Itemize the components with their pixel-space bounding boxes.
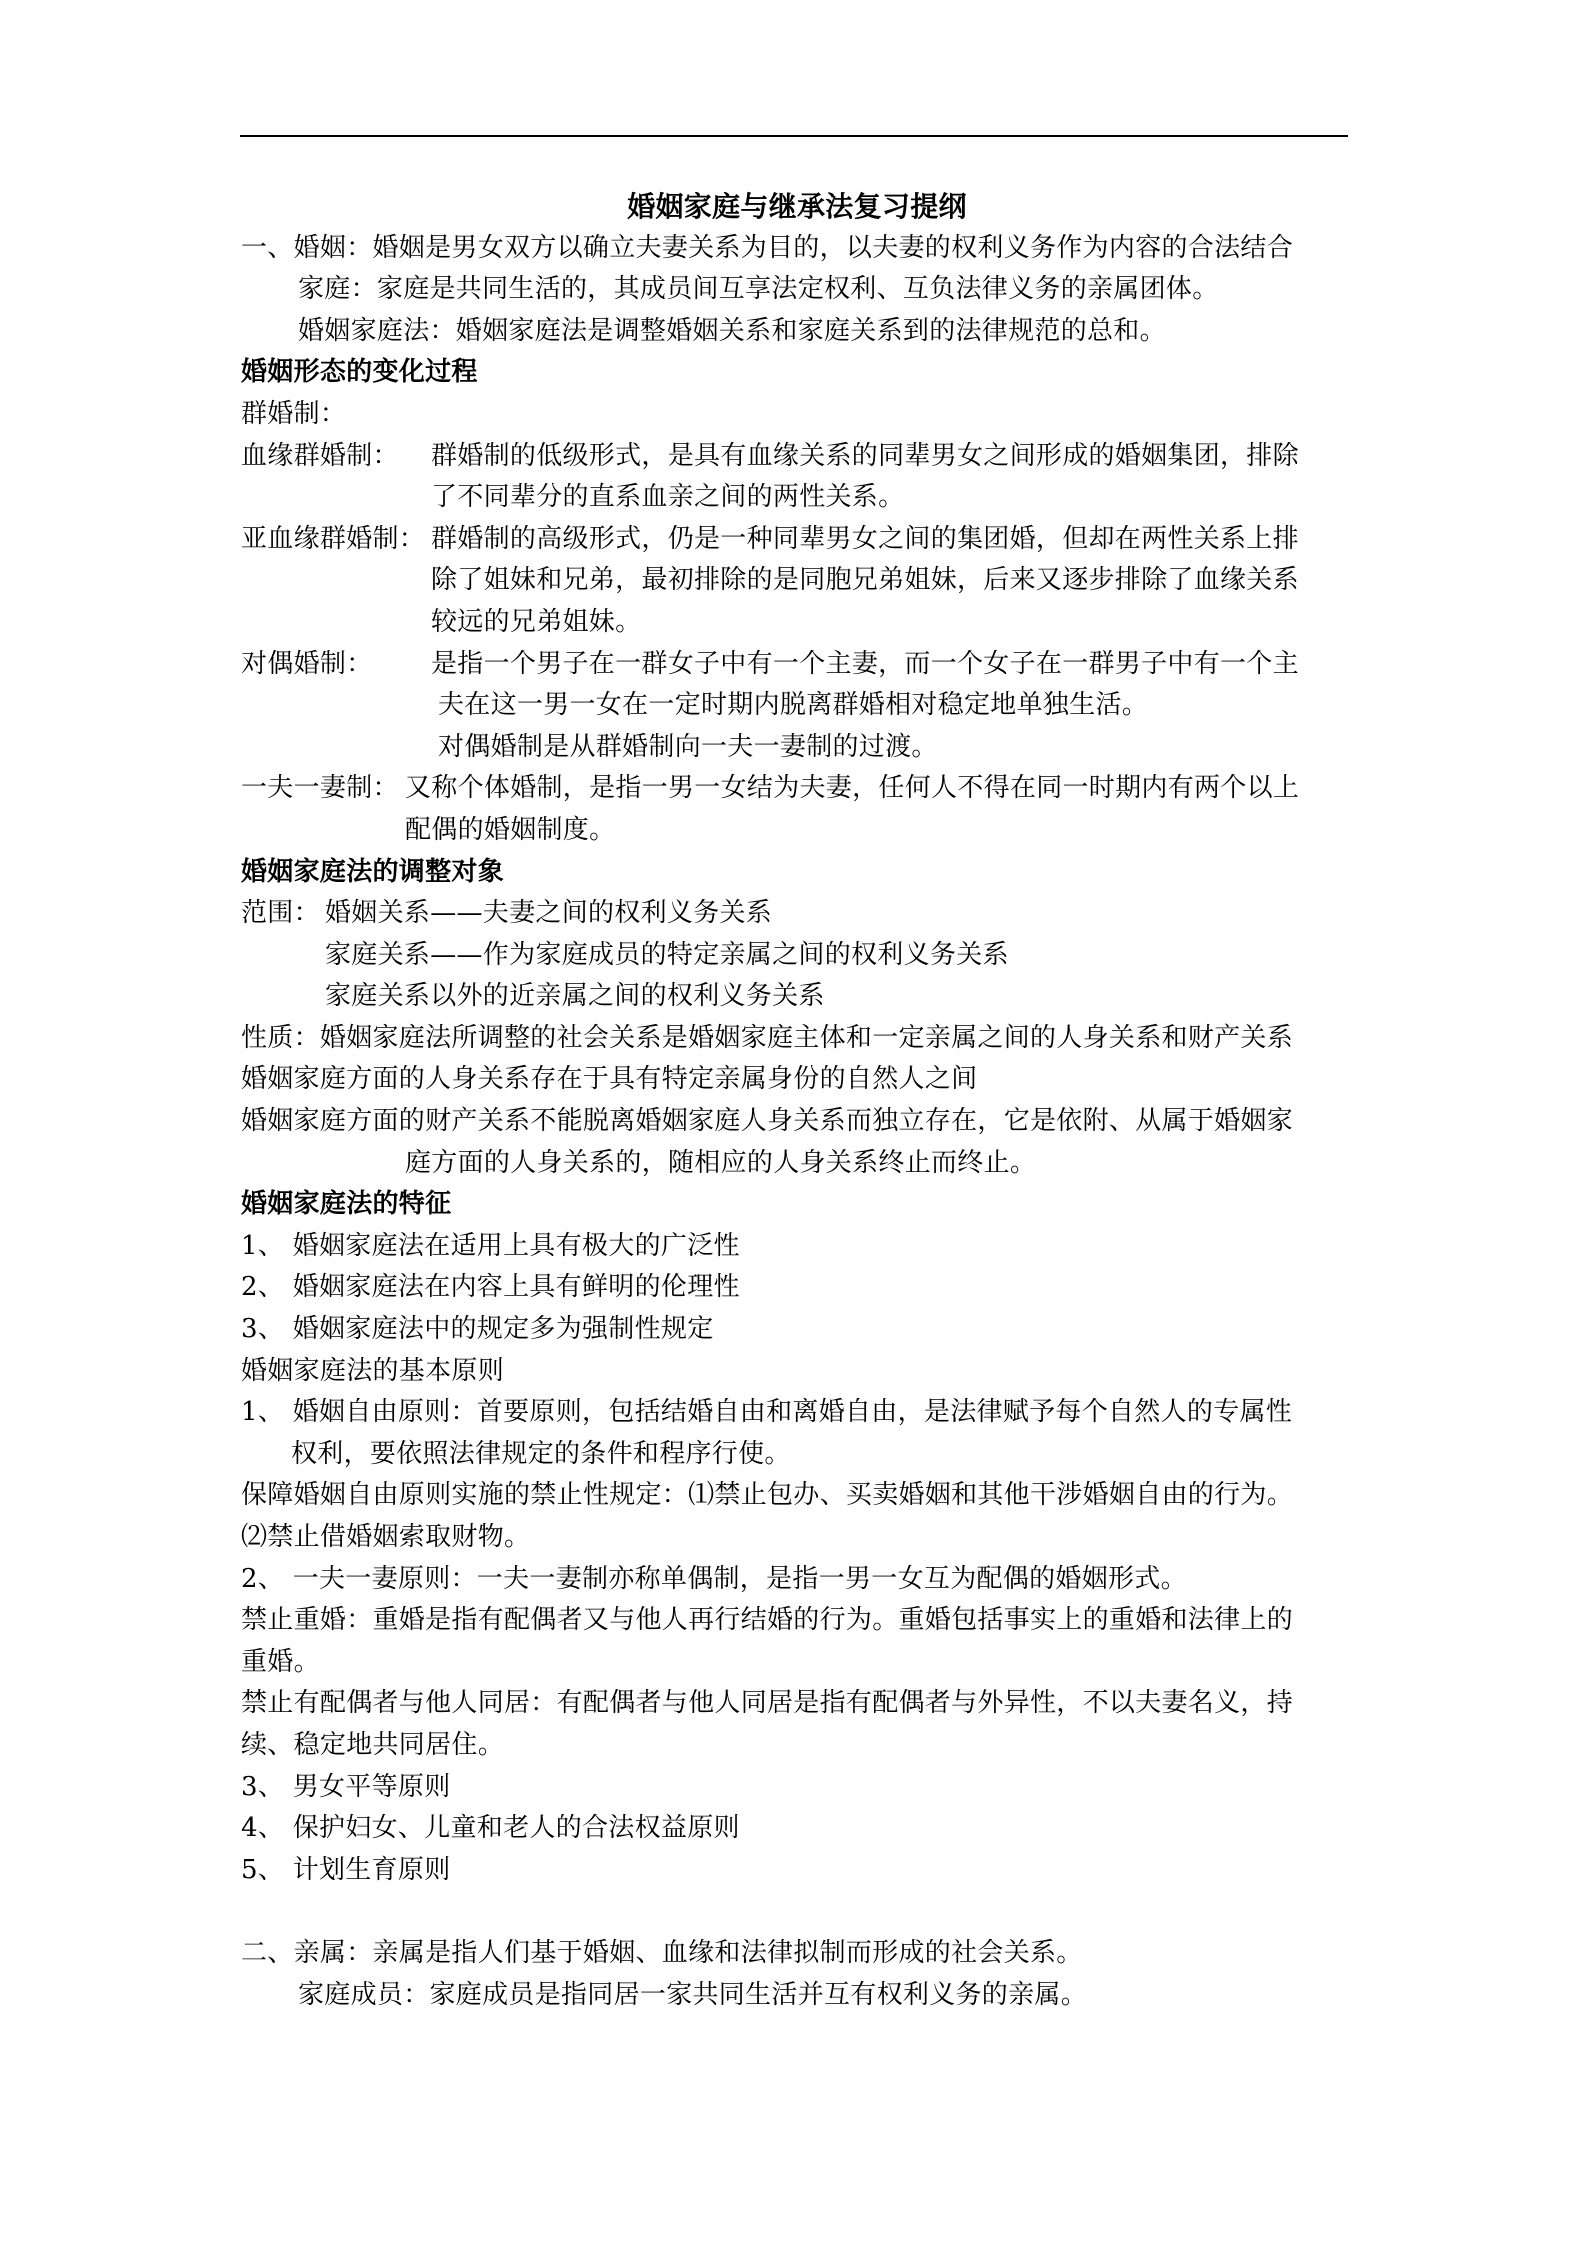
principle-1-cont: 权利，要依照法律规定的条件和程序行使。 xyxy=(241,1434,1353,1476)
punaluan-text: 群婚制的高级形式，仍是一种同辈男女之间的集团婚，但却在两性关系上排 xyxy=(431,519,1299,561)
scope-item-2: 家庭关系——作为家庭成员的特定亲属之间的权利义务关系 xyxy=(241,935,1353,977)
consanguine-marriage: 血缘群婚制： 群婚制的低级形式，是具有血缘关系的同辈男女之间形成的婚姻集团，排除 xyxy=(241,436,1353,478)
cohabitation-prohibition-cont: 续、稳定地共同居住。 xyxy=(241,1725,1353,1767)
definition-relatives: 二、亲属：亲属是指人们基于婚姻、血缘和法律拟制而形成的社会关系。 xyxy=(241,1933,1353,1975)
punaluan-text-cont-1: 除了姐妹和兄弟，最初排除的是同胞兄弟姐妹，后来又逐步排除了血缘关系 xyxy=(241,560,1353,602)
definition-marriage-family-law: 婚姻家庭法：婚姻家庭法是调整婚姻关系和家庭关系到的法律规范的总和。 xyxy=(241,311,1353,353)
pairing-transition: 对偶婚制是从群婚制向一夫一妻制的过渡。 xyxy=(241,727,1353,769)
feature-item-1: 1、 婚姻家庭法在适用上具有极大的广泛性 xyxy=(241,1226,1353,1268)
monogamy-text: 又称个体婚制，是指一男一女结为夫妻，任何人不得在同一时期内有两个以上 xyxy=(405,768,1299,810)
document-page: 婚姻家庭与继承法复习提纲 一、婚姻：婚姻是男女双方以确立夫妻关系为目的，以夫妻的… xyxy=(0,0,1587,2245)
consanguine-text-cont: 了不同辈分的直系血亲之间的两性关系。 xyxy=(241,477,1353,519)
consanguine-label: 血缘群婚制： xyxy=(241,436,431,478)
pairing-text-cont: 夫在这一男一女在一定时期内脱离群婚相对稳定地单独生活。 xyxy=(241,685,1353,727)
punaluan-marriage: 亚血缘群婚制： 群婚制的高级形式，仍是一种同辈男女之间的集团婚，但却在两性关系上… xyxy=(241,519,1353,561)
document-title: 婚姻家庭与继承法复习提纲 xyxy=(241,186,1353,228)
cohabitation-prohibition: 禁止有配偶者与他人同居：有配偶者与他人同居是指有配偶者与外异性，不以夫妻名义，持 xyxy=(241,1683,1353,1725)
blank-line xyxy=(241,1891,1353,1933)
property-relations-text: 婚姻家庭方面的财产关系不能脱离婚姻家庭人身关系而独立存在，它是依附、从属于婚姻家 xyxy=(241,1101,1353,1143)
nature-text: 性质：婚姻家庭法所调整的社会关系是婚姻家庭主体和一定亲属之间的人身关系和财产关系 xyxy=(241,1018,1353,1060)
monogamy: 一夫一妻制： 又称个体婚制，是指一男一女结为夫妻，任何人不得在同一时期内有两个以… xyxy=(241,768,1353,810)
heading-principles: 婚姻家庭法的基本原则 xyxy=(241,1351,1353,1393)
scope-label: 范围： xyxy=(241,893,325,935)
heading-marriage-forms: 婚姻形态的变化过程 xyxy=(241,352,1353,394)
definition-marriage: 一、婚姻：婚姻是男女双方以确立夫妻关系为目的，以夫妻的权利义务作为内容的合法结合 xyxy=(241,228,1353,270)
scope-item-text: 婚姻关系——夫妻之间的权利义务关系 xyxy=(325,893,772,935)
definition-family: 家庭：家庭是共同生活的，其成员间互享法定权利、互负法律义务的亲属团体。 xyxy=(241,269,1353,311)
pairing-label: 对偶婚制： xyxy=(241,644,431,686)
guarantee-provisions: 保障婚姻自由原则实施的禁止性规定：⑴禁止包办、买卖婚姻和其他干涉婚姻自由的行为。 xyxy=(241,1475,1353,1517)
principle-5: 5、 计划生育原则 xyxy=(241,1850,1353,1892)
feature-item-2: 2、 婚姻家庭法在内容上具有鲜明的伦理性 xyxy=(241,1267,1353,1309)
punaluan-label: 亚血缘群婚制： xyxy=(241,519,431,561)
punaluan-text-cont-2: 较远的兄弟姐妹。 xyxy=(241,602,1353,644)
guarantee-provisions-cont: ⑵禁止借婚姻索取财物。 xyxy=(241,1517,1353,1559)
monogamy-text-cont: 配偶的婚姻制度。 xyxy=(241,810,1353,852)
principle-4: 4、 保护妇女、儿童和老人的合法权益原则 xyxy=(241,1808,1353,1850)
heading-features: 婚姻家庭法的特征 xyxy=(241,1184,1353,1226)
property-relations-text-cont: 庭方面的人身关系的，随相应的人身关系终止而终止。 xyxy=(241,1143,1353,1185)
heading-regulated-objects: 婚姻家庭法的调整对象 xyxy=(241,852,1353,894)
document-body: 婚姻家庭与继承法复习提纲 一、婚姻：婚姻是男女双方以确立夫妻关系为目的，以夫妻的… xyxy=(241,186,1353,2016)
pairing-marriage: 对偶婚制： 是指一个男子在一群女子中有一个主妻，而一个女子在一群男子中有一个主 xyxy=(241,644,1353,686)
pairing-text: 是指一个男子在一群女子中有一个主妻，而一个女子在一群男子中有一个主 xyxy=(431,644,1299,686)
scope-item-3: 家庭关系以外的近亲属之间的权利义务关系 xyxy=(241,976,1353,1018)
consanguine-text: 群婚制的低级形式，是具有血缘关系的同辈男女之间形成的婚姻集团，排除 xyxy=(431,436,1299,478)
principle-1: 1、 婚姻自由原则：首要原则，包括结婚自由和离婚自由，是法律赋予每个自然人的专属… xyxy=(241,1392,1353,1434)
header-rule xyxy=(240,135,1348,137)
feature-item-3: 3、 婚姻家庭法中的规定多为强制性规定 xyxy=(241,1309,1353,1351)
definition-family-members: 家庭成员：家庭成员是指同居一家共同生活并互有权利义务的亲属。 xyxy=(241,1975,1353,2017)
personal-relations-text: 婚姻家庭方面的人身关系存在于具有特定亲属身份的自然人之间 xyxy=(241,1059,1353,1101)
group-marriage-label: 群婚制： xyxy=(241,394,1353,436)
monogamy-label: 一夫一妻制： xyxy=(241,768,405,810)
scope-item-1: 范围： 婚姻关系——夫妻之间的权利义务关系 xyxy=(241,893,1353,935)
principle-3: 3、 男女平等原则 xyxy=(241,1767,1353,1809)
bigamy-prohibition-cont: 重婚。 xyxy=(241,1642,1353,1684)
bigamy-prohibition: 禁止重婚：重婚是指有配偶者又与他人再行结婚的行为。重婚包括事实上的重婚和法律上的 xyxy=(241,1600,1353,1642)
principle-2: 2、 一夫一妻原则：一夫一妻制亦称单偶制，是指一男一女互为配偶的婚姻形式。 xyxy=(241,1559,1353,1601)
